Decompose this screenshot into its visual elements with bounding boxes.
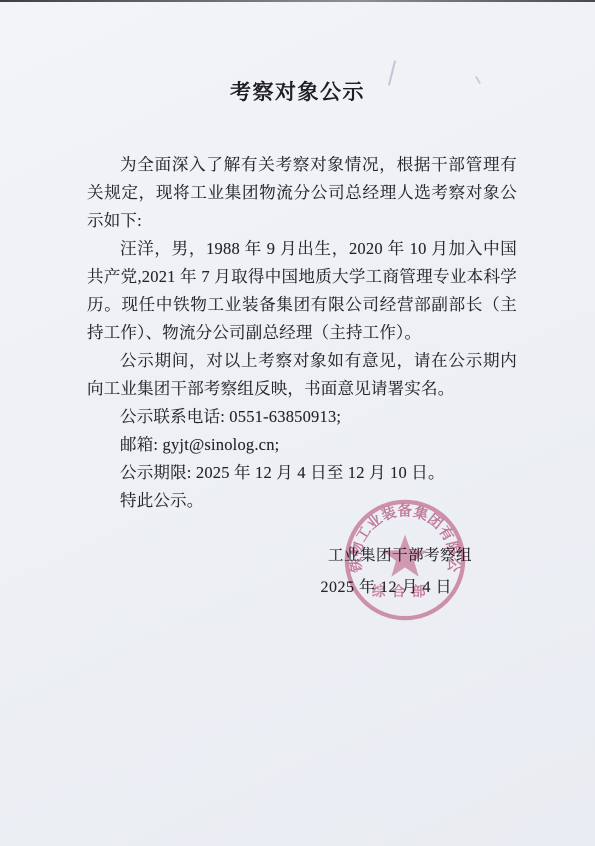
- notice-paragraph: 为全面深入了解有关考察对象情况，根据干部管理有关规定，现将工业集团物流分公司总经…: [87, 151, 517, 235]
- notice-contact-phone: 公示联系电话: 0551-63850913;: [87, 403, 517, 431]
- notice-period: 公示期限: 2025 年 12 月 4 日至 12 月 10 日。: [87, 459, 517, 487]
- notice-contact-email: 邮箱: gyjt@sinolog.cn;: [87, 431, 517, 459]
- signature-date: 2025 年 12 月 4 日: [320, 578, 452, 598]
- scan-edge-artifact: [0, 0, 595, 2]
- notice-paragraph: 公示期间，对以上考察对象如有意见，请在公示期内向工业集团干部考察组反映，书面意见…: [87, 347, 517, 403]
- notice-paragraph: 汪洋，男，1988 年 9 月出生，2020 年 10 月加入中国共产党,202…: [87, 235, 517, 347]
- signature-organization: 工业集团干部考察组: [328, 546, 472, 566]
- notice-body: 为全面深入了解有关考察对象情况，根据干部管理有关规定，现将工业集团物流分公司总经…: [87, 151, 517, 515]
- notice-closing: 特此公示。: [87, 487, 517, 515]
- page-title: 考察对象公示: [0, 76, 595, 106]
- scanned-notice-page: 考察对象公示 为全面深入了解有关考察对象情况，根据干部管理有关规定，现将工业集团…: [0, 0, 595, 846]
